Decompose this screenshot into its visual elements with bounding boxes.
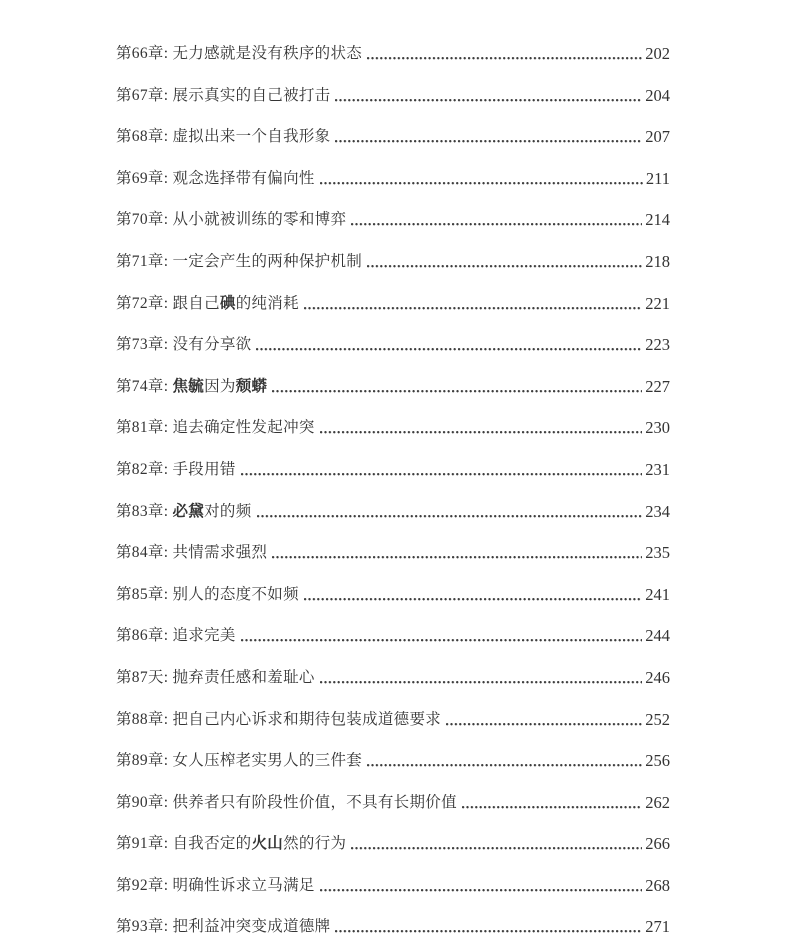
toc-dotted-leader xyxy=(257,514,643,518)
toc-entry: 第72章: 跟自己碘的纯消耗 221 xyxy=(116,296,670,312)
toc-page-number: 268 xyxy=(645,878,670,894)
toc-page-number: 244 xyxy=(645,628,670,644)
toc-dotted-leader xyxy=(367,56,642,60)
toc-dotted-leader xyxy=(320,430,643,434)
toc-entry-title: 第74章: 焦毓因为颓蟒 xyxy=(116,379,267,395)
toc-entry: 第90章: 供养者只有阶段性价值，不具有长期价值 262 xyxy=(116,795,670,811)
toc-page-number: 223 xyxy=(645,337,670,353)
toc-entry: 第70章: 从小就被训练的零和博弈 214 xyxy=(116,212,670,228)
toc-entry: 第84章: 共情需求强烈 235 xyxy=(116,545,670,561)
toc-entry-title: 第88章: 把自己内心诉求和期待包装成道德要求 xyxy=(116,712,441,728)
toc-entry-title: 第71章: 一定会产生的两种保护机制 xyxy=(116,254,362,270)
toc-page-number: 202 xyxy=(645,46,670,62)
toc-dotted-leader xyxy=(367,763,642,767)
toc-dotted-leader xyxy=(304,597,642,601)
toc-page-number: 256 xyxy=(645,753,670,769)
toc-page-number: 234 xyxy=(645,504,670,520)
toc-page-number: 211 xyxy=(646,171,670,187)
toc-entry: 第67章: 展示真实的自己被打击 204 xyxy=(116,88,670,104)
toc-dotted-leader xyxy=(320,181,643,185)
toc-dotted-leader xyxy=(256,347,642,351)
toc-entry-title: 第87天: 抛弃责任感和羞耻心 xyxy=(116,670,315,686)
toc-entry: 第85章: 别人的态度不如频 241 xyxy=(116,587,670,603)
toc-entry: 第71章: 一定会产生的两种保护机制 218 xyxy=(116,254,670,270)
toc-page-number: 214 xyxy=(645,212,670,228)
toc-entry-title: 第68章: 虚拟出来一个自我形象 xyxy=(116,129,330,145)
toc-entry: 第81章: 追去确定性发起冲突 230 xyxy=(116,420,670,436)
toc-page-number: 235 xyxy=(645,545,670,561)
toc-dotted-leader xyxy=(335,139,642,143)
toc-entry-title: 第91章: 自我否定的火山然的行为 xyxy=(116,836,346,852)
toc-dotted-leader xyxy=(335,98,642,102)
toc-dotted-leader xyxy=(320,888,643,892)
toc-entry-title: 第83章: 必黛对的频 xyxy=(116,504,252,520)
toc-dotted-leader xyxy=(241,472,643,476)
toc-entry: 第86章: 追求完美 244 xyxy=(116,628,670,644)
toc-entry: 第88章: 把自己内心诉求和期待包装成道德要求 252 xyxy=(116,712,670,728)
toc-page-number: 231 xyxy=(645,462,670,478)
toc-page-number: 227 xyxy=(645,379,670,395)
toc-page-number: 207 xyxy=(645,129,670,145)
toc-dotted-leader xyxy=(462,805,642,809)
toc-entry: 第68章: 虚拟出来一个自我形象 207 xyxy=(116,129,670,145)
toc-dotted-leader xyxy=(320,680,643,684)
toc-entry-title: 第66章: 无力感就是没有秩序的状态 xyxy=(116,46,362,62)
toc-entry: 第73章: 没有分享欲 223 xyxy=(116,337,670,353)
toc-entry-title: 第70章: 从小就被训练的零和博弈 xyxy=(116,212,346,228)
toc-dotted-leader xyxy=(272,555,642,559)
toc-page-number: 204 xyxy=(645,88,670,104)
toc-page-number: 246 xyxy=(645,670,670,686)
toc-entry-title: 第90章: 供养者只有阶段性价值，不具有长期价值 xyxy=(116,795,457,811)
toc-entry-title: 第82章: 手段用错 xyxy=(116,462,236,478)
table-of-contents: 第66章: 无力感就是没有秩序的状态 202 第67章: 展示真实的自己被打击 … xyxy=(0,0,785,935)
toc-entry-title: 第69章: 观念选择带有偏向性 xyxy=(116,171,315,187)
toc-dotted-leader xyxy=(335,929,642,933)
toc-entry: 第82章: 手段用错 231 xyxy=(116,462,670,478)
toc-dotted-leader xyxy=(351,846,642,850)
toc-entry-title: 第86章: 追求完美 xyxy=(116,628,236,644)
toc-entry-title: 第72章: 跟自己碘的纯消耗 xyxy=(116,296,299,312)
toc-entry: 第93章: 把利益冲突变成道德牌 271 xyxy=(116,919,670,935)
toc-page-number: 241 xyxy=(645,587,670,603)
toc-entry: 第83章: 必黛对的频 234 xyxy=(116,504,670,520)
toc-dotted-leader xyxy=(446,722,642,726)
toc-page-number: 230 xyxy=(645,420,670,436)
toc-entry-title: 第89章: 女人压榨老实男人的三件套 xyxy=(116,753,362,769)
toc-page-number: 221 xyxy=(645,296,670,312)
toc-page-number: 218 xyxy=(645,254,670,270)
toc-entry: 第91章: 自我否定的火山然的行为 266 xyxy=(116,836,670,852)
toc-entry-title: 第81章: 追去确定性发起冲突 xyxy=(116,420,315,436)
toc-dotted-leader xyxy=(351,222,642,226)
toc-entry: 第66章: 无力感就是没有秩序的状态 202 xyxy=(116,46,670,62)
toc-entry: 第69章: 观念选择带有偏向性 211 xyxy=(116,171,670,187)
toc-entry-title: 第84章: 共情需求强烈 xyxy=(116,545,267,561)
toc-entry: 第87天: 抛弃责任感和羞耻心 246 xyxy=(116,670,670,686)
toc-entry-title: 第73章: 没有分享欲 xyxy=(116,337,251,353)
toc-entry: 第92章: 明确性诉求立马满足 268 xyxy=(116,878,670,894)
toc-entry-title: 第92章: 明确性诉求立马满足 xyxy=(116,878,315,894)
toc-page-number: 252 xyxy=(645,712,670,728)
toc-page-number: 262 xyxy=(645,795,670,811)
toc-page-number: 271 xyxy=(645,919,670,935)
toc-entry: 第74章: 焦毓因为颓蟒 227 xyxy=(116,379,670,395)
toc-entry-title: 第93章: 把利益冲突变成道德牌 xyxy=(116,919,330,935)
toc-page-number: 266 xyxy=(645,836,670,852)
toc-dotted-leader xyxy=(367,264,642,268)
toc-dotted-leader xyxy=(304,306,642,310)
toc-entry-title: 第85章: 别人的态度不如频 xyxy=(116,587,299,603)
toc-entry-title: 第67章: 展示真实的自己被打击 xyxy=(116,88,330,104)
toc-dotted-leader xyxy=(241,638,643,642)
toc-dotted-leader xyxy=(272,389,642,393)
toc-entry: 第89章: 女人压榨老实男人的三件套 256 xyxy=(116,753,670,769)
